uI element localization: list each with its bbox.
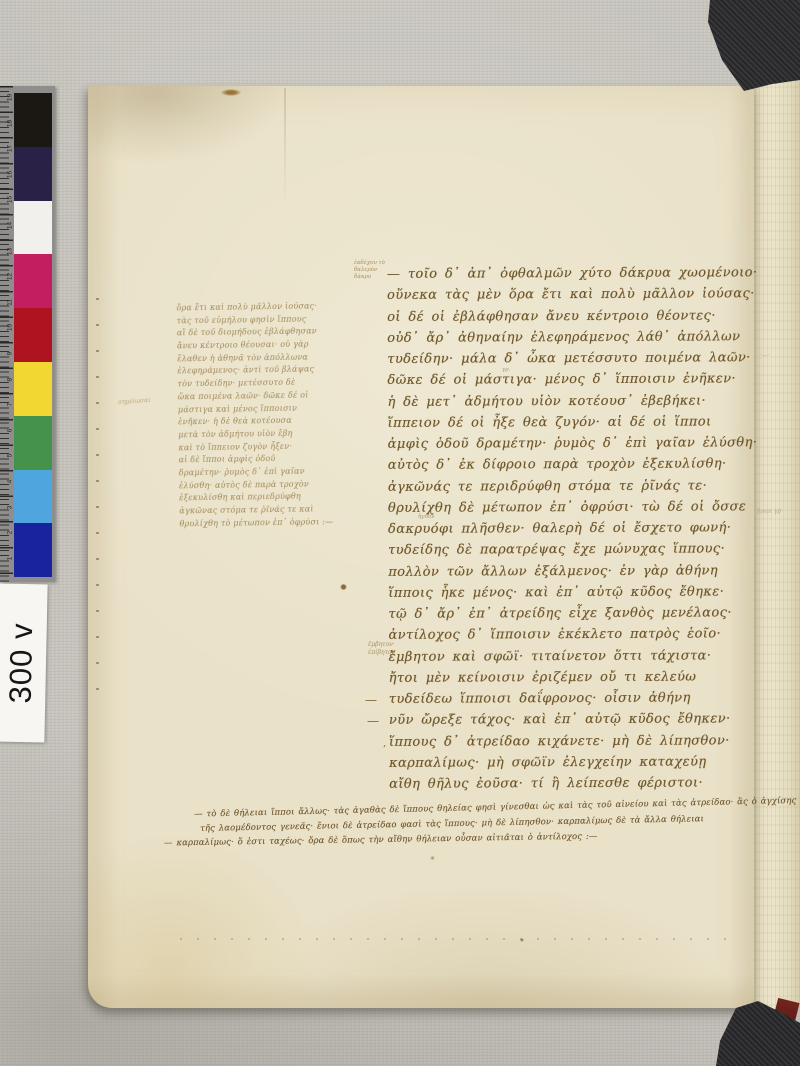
ruler-number-10: 10 — [7, 321, 14, 335]
main-text-block: — τοῖο δ᾽ ἀπ᾽ ὀφθαλμῶν χύτο δάκρυα χωομέ… — [387, 265, 761, 798]
gloss-line-1: ἐκδέχου τὸ — [354, 260, 385, 267]
margin-comma-marker: ’ — [383, 745, 386, 755]
verse-line-16: ἵπποις ἧκε μένος· καὶ ἐπ᾽ αὐτῷ κῦδος ἔθη… — [388, 584, 760, 607]
color-patch-white — [14, 201, 52, 255]
verse-line-25: αἴθη θῆλυς ἐοῦσα· τί ἢ λείπεσθε φέριστοι… — [389, 775, 761, 798]
color-patch-black — [14, 93, 52, 147]
verse-line-9: ἀμφὶς ὁδοῦ δραμέτην· ῥυμὸς δ᾽ ἐπὶ γαῖαν … — [388, 435, 760, 458]
manuscript-photo: 19181716151413121110987654321 300 v ἐκδέ… — [0, 0, 800, 1066]
ruler-number-7: 7 — [7, 398, 14, 412]
page-crease — [284, 88, 286, 208]
scholia-line-1: — τὸ δὲ θήλειαι ἵπποι ἄλλως· τὰς ἀγαθὰς … — [194, 794, 800, 819]
ruler-number-15: 15 — [7, 193, 14, 207]
verse-line-12: θρυλίχθη δὲ μέτωπον ἐπ᾽ ὀφρύσι· τὼ δέ οἱ… — [388, 499, 760, 522]
color-patch-green — [14, 416, 52, 470]
color-patch-blue — [14, 523, 52, 577]
color-calibration-target — [14, 93, 52, 577]
folio-number-label: 300 v — [0, 583, 48, 742]
color-patch-light-blue — [14, 470, 52, 524]
page-stain — [430, 856, 435, 860]
verse-line-24: καρπαλίμως· μὴ σφῶϊν ἐλεγχείην καταχεύῃ — [389, 754, 761, 777]
ruler-number-16: 16 — [7, 167, 14, 181]
verse-line-7: ἡ δὲ μετ᾽ ἀδμήτου υἱὸν κοτέουσ᾽ ἐβεβήκει… — [387, 393, 759, 416]
folio-number-text: 300 v — [2, 622, 40, 704]
color-patch-yellow — [14, 362, 52, 416]
color-patch-magenta — [14, 254, 52, 308]
verse-line-20: ἤτοι μὲν κείνοισιν ἐριζέμεν οὔ τι κελεύω — [389, 669, 761, 692]
verse-line-5: τυδείδην· μάλα δ᾽ ὦκα μετέσσυτο ποιμένα … — [387, 350, 759, 373]
ruler-number-13: 13 — [7, 244, 14, 258]
marginal-note-left: σημείωσαι — [118, 397, 151, 406]
verse-line-13: δακρυόφι πλῆσθεν· θαλερὴ δέ οἱ ἔσχετο φω… — [388, 520, 760, 543]
scholia-line-18: θρυλίχθη τὸ μέτωπον ἐπ᾽ ὀφρύσι :— — [179, 516, 375, 531]
ruler-number-3: 3 — [7, 500, 14, 514]
margin-dash-marker: — — [365, 693, 376, 707]
verse-line-21: τυδείδεω ἵπποισι δαΐφρονος· οἷσιν ἀθήνη — [389, 690, 761, 713]
verse-line-8: ἵππειον δέ οἱ ἦξε θεὰ ζυγόν· αἱ δέ οἱ ἵπ… — [387, 414, 759, 437]
verse-line-3: οἱ δέ οἱ ἐβλάφθησαν ἄνευ κέντροιο θέοντε… — [387, 308, 759, 331]
color-patch-red — [14, 308, 52, 362]
fore-edge-faint-mark: ·—· — [760, 352, 770, 359]
parchment-page: ἐκδέχου τὸθαλερὸνδάκρυ σημείωσαι ἔμβητον… — [88, 86, 754, 1008]
verse-line-4: οὐδ᾽ ἄρ᾽ ἀθηναίην ἐλεφηράμενος λάθ᾽ ἀπόλ… — [387, 329, 759, 352]
grayscale-ruler: 19181716151413121110987654321 — [0, 86, 55, 582]
verse-line-17: τῷ δ᾽ ἄρ᾽ ἐπ᾽ ἀτρείδης εἶχε ξανθὸς μενέλ… — [388, 605, 760, 628]
page-stain — [221, 89, 241, 96]
ruler-number-6: 6 — [7, 423, 14, 437]
verse-line-18: ἀντίλοχος δ᾽ ἵπποισιν ἐκέκλετο πατρὸς ἑο… — [388, 626, 760, 649]
page-stain — [340, 584, 347, 590]
ruler-number-9: 9 — [7, 347, 14, 361]
dark-backdrop-top-right — [700, 0, 800, 96]
ruler-number-17: 17 — [7, 142, 14, 156]
verse-line-1: — τοῖο δ᾽ ἀπ᾽ ὀφθαλμῶν χύτο δάκρυα χωομέ… — [387, 265, 759, 288]
verse-line-22: νῦν ὤρεξε τάχος· καὶ ἐπ᾽ αὐτῷ κῦδος ἔθηκ… — [389, 711, 761, 734]
scholia-line-3: — καρπαλίμως· ὅ ἐστι ταχέως· ὅρα δὲ ὅπως… — [164, 832, 598, 849]
pricking-holes-column — [96, 298, 99, 698]
gloss-line-2: θαλερὸν — [354, 267, 385, 274]
ruler-number-8: 8 — [7, 372, 14, 386]
margin-dash-marker: — — [367, 714, 378, 728]
ruler-number-1: 1 — [7, 551, 14, 565]
verse-line-2: οὕνεκα τὰς μὲν ὅρα ἔτι καὶ πολὺ μᾶλλον ἰ… — [387, 286, 759, 309]
ruler-number-19: 19 — [7, 91, 14, 105]
verse-line-11: ἀγκῶνάς τε περιδρύφθη στόμα τε ῥῖνάς τε· — [388, 478, 760, 501]
ruler-number-12: 12 — [7, 270, 14, 284]
marginal-gloss-top: ἐκδέχου τὸθαλερὸνδάκρυ — [354, 260, 385, 281]
ruler-number-4: 4 — [7, 475, 14, 489]
ruler-number-18: 18 — [7, 116, 14, 130]
pricking-holes-row — [180, 938, 740, 940]
verse-line-10: αὐτὸς δ᾽ ἐκ δίφροιο παρὰ τροχὸν ἐξεκυλίσ… — [388, 456, 760, 479]
ruler-number-5: 5 — [7, 449, 14, 463]
ruler-number-2: 2 — [7, 526, 14, 540]
gloss-line-3: δάκρυ — [354, 274, 385, 281]
verse-line-15: πολλὸν τῶν ἄλλων ἐξάλμενος· ἐν γὰρ ἀθήνη — [388, 563, 760, 586]
fore-edge-faint-note: ἔνιοι γρ — [757, 508, 781, 516]
verse-line-14: τυδείδης δὲ παρατρέψας ἔχε μώνυχας ἵππου… — [388, 541, 760, 564]
verse-line-19: ἔμβητον καὶ σφῶϊ· τιταίνετον ὅττι τάχιστ… — [389, 648, 761, 671]
verse-line-6: δῶκε δέ οἱ μάστιγα· μένος δ᾽ ἵπποισιν ἐν… — [387, 371, 759, 394]
ruler-number-11: 11 — [7, 295, 14, 309]
left-margin-scholia: ὅρα ἔτι καὶ πολὺ μᾶλλον ἰούσας·τὰς τοῦ ε… — [176, 301, 375, 532]
ruler-number-14: 14 — [7, 219, 14, 233]
color-patch-dark-violet — [14, 147, 52, 201]
verse-line-23: ἵππους δ᾽ ἀτρείδαο κιχάνετε· μὴ δὲ λίπησ… — [389, 733, 761, 756]
